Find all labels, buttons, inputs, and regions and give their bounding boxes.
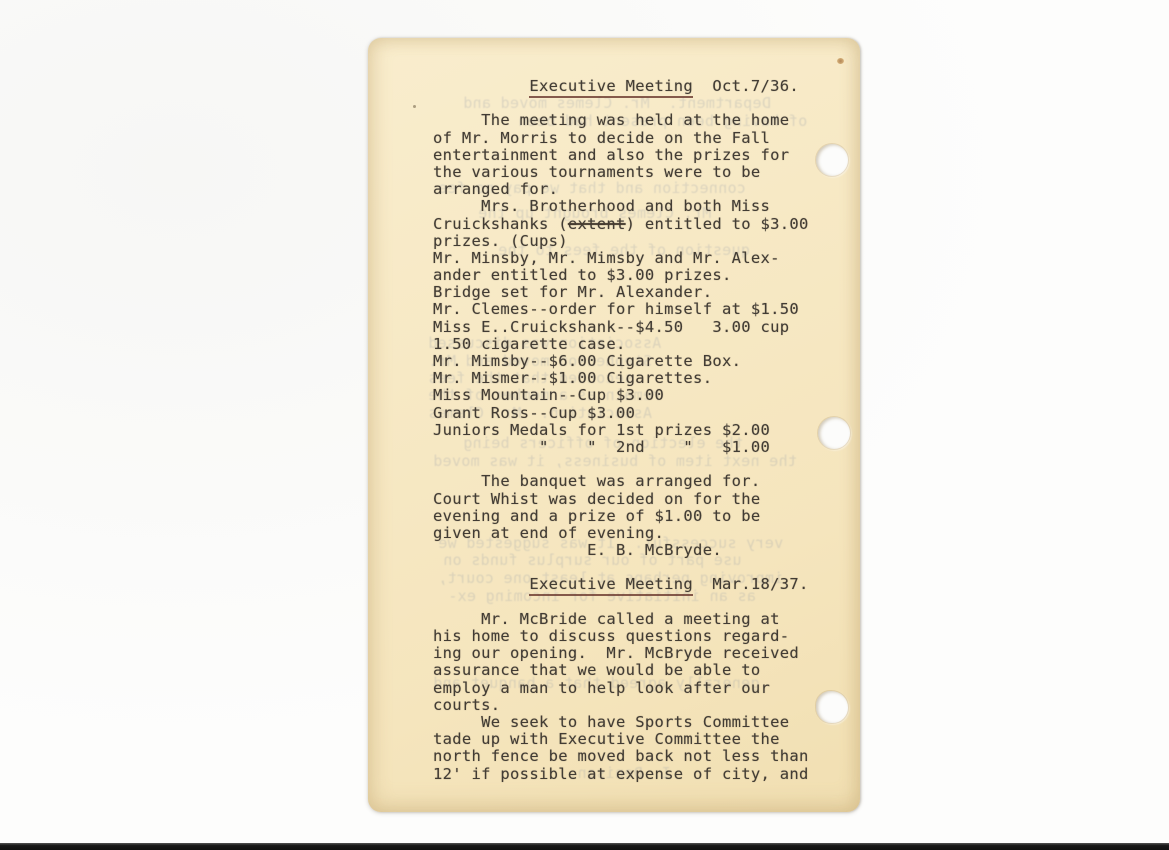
meeting-heading-title: Executive Meeting <box>529 575 693 596</box>
typed-line: evening and a prize of $1.00 to be <box>433 508 809 525</box>
typed-line: Grant Ross--Cup $3.00 <box>433 405 809 422</box>
typed-line: Mr. Minsby, Mr. Mimsby and Mr. Alex- <box>433 250 809 267</box>
typed-line: courts. <box>433 697 809 714</box>
typed-line: the various tournaments were to be <box>433 164 809 181</box>
typed-line: Court Whist was decided on for the <box>433 491 809 508</box>
typed-line: ander entitled to $3.00 prizes. <box>433 267 809 284</box>
typed-line: 12' if possible at expense of city, and <box>433 766 809 783</box>
typed-line: ing our opening. Mr. McBryde received <box>433 645 809 662</box>
typed-line: Miss Mountain--Cup $3.00 <box>433 387 809 404</box>
typed-line: entertainment and also the prizes for <box>433 147 809 164</box>
typed-line: north fence be moved back not less than <box>433 748 809 765</box>
scanned-page-background: Department. Mr. Clemes moved andof havin… <box>0 0 1169 850</box>
typed-line: of Mr. Morris to decide on the Fall <box>433 130 809 147</box>
meeting-date: Oct.7/36. <box>693 77 799 95</box>
meeting-date: Mar.18/37. <box>693 575 809 593</box>
typed-line: Bridge set for Mr. Alexander. <box>433 284 809 301</box>
scanner-edge-bar <box>0 843 1169 850</box>
typed-line: Mrs. Brotherhood and both Miss <box>433 198 809 215</box>
typed-line: Mr. Mimsby--$6.00 Cigarette Box. <box>433 353 809 370</box>
typed-line: " " 2nd " $1.00 <box>433 439 809 456</box>
typed-line: given at end of evening. <box>433 525 809 542</box>
typed-line: E. B. McBryde. <box>433 542 809 559</box>
blank-line <box>433 456 809 473</box>
minutes-paper-sheet: Department. Mr. Clemes moved andof havin… <box>368 38 860 812</box>
typed-line-with-strikethrough: Cruickshanks (extent) entitled to $3.00 <box>433 216 809 233</box>
typed-line: assurance that we would be able to <box>433 662 809 679</box>
punch-hole-top <box>816 144 848 176</box>
meeting-heading-title: Executive Meeting <box>529 77 693 98</box>
typed-line: employ a man to help look after our <box>433 680 809 697</box>
blank-line <box>433 559 809 576</box>
punch-hole-bottom <box>816 691 848 723</box>
typed-line: Mr. Clemes--order for himself at $1.50 <box>433 301 809 318</box>
paper-fleck <box>413 105 416 108</box>
typed-line: Mr. McBride called a meeting at <box>433 611 809 628</box>
typed-line: Mr. Mismer--$1.00 Cigarettes. <box>433 370 809 387</box>
typed-line: The meeting was held at the home <box>433 112 809 129</box>
typed-line: tade up with Executive Committee the <box>433 731 809 748</box>
typed-line: The banquet was arranged for. <box>433 473 809 490</box>
blank-line <box>433 594 809 611</box>
punch-hole-middle <box>818 417 850 449</box>
meeting-heading: Executive Meeting Oct.7/36. <box>433 78 809 95</box>
typed-line: We seek to have Sports Committee <box>433 714 809 731</box>
typed-line: his home to discuss questions regard- <box>433 628 809 645</box>
typed-line: Juniors Medals for 1st prizes $2.00 <box>433 422 809 439</box>
typed-line: arranged for. <box>433 181 809 198</box>
typed-line: Miss E..Cruickshank--$4.50 3.00 cup <box>433 319 809 336</box>
struck-word: extent <box>568 215 626 233</box>
typed-minutes-text: Executive Meeting Oct.7/36. The meeting … <box>433 78 809 783</box>
typed-line: prizes. (Cups) <box>433 233 809 250</box>
paper-stain <box>837 58 844 64</box>
typed-line: 1.50 cigarette case. <box>433 336 809 353</box>
meeting-heading: Executive Meeting Mar.18/37. <box>433 576 809 593</box>
